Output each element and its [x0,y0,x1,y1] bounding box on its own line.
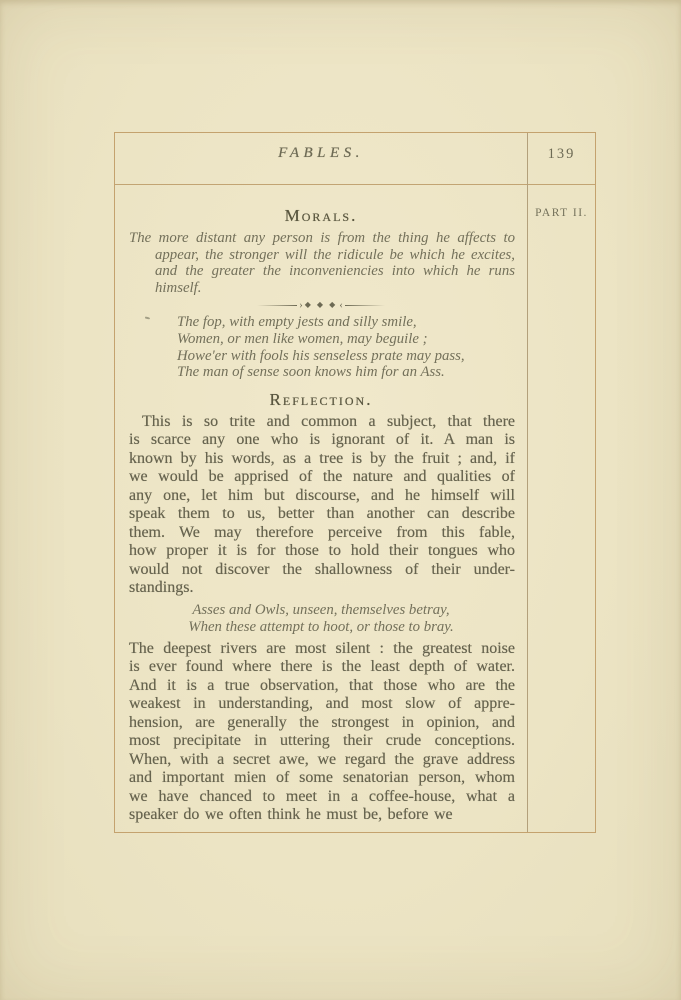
text-line: speak them to us, better than another ca… [129,505,515,524]
text-line: speaker do we often think he must be, be… [129,806,515,825]
text-line: would not discover the shallowness of th… [129,561,515,580]
page-content: Morals. The more distant any person is f… [115,184,527,825]
text-line: When these attempt to hoot, or those to … [115,619,527,637]
book-page-frame: FABLES. 139 PART II. Morals. The more di… [114,132,596,833]
text-line: most precipitate in uttering their crude… [129,732,515,751]
morals-heading: Morals. [115,206,527,226]
text-line: is scarce any one who is ignorant of it.… [129,431,515,450]
moral-couplet: Asses and Owls, unseen, themselves betra… [115,602,527,637]
ornament-diamonds-icon: ◆ ◆ ◆ [305,300,337,310]
text-line: The man of sense soon knows him for an A… [177,364,515,381]
text-line: standings. [129,579,515,598]
text-line: any one, let him but discourse, and he h… [129,487,515,506]
text-line: Howe'er with fools his senseless prate m… [177,348,515,365]
text-line: and important mien of some senatorian pe… [129,769,515,788]
ornament-arrow-right-icon: › [299,300,303,310]
ornament-arrow-left-icon: ‹ [339,300,343,310]
column-divider [527,133,528,832]
text-line: And it is a true observation, that those… [129,677,515,696]
text-line: we have chanced to meet in a coffee-hous… [129,788,515,807]
part-label: PART II. [527,207,596,219]
fable-verse: The fop, with empty jests and silly smil… [177,314,515,380]
text-line: himself. [129,280,515,297]
ornament-rule-left [257,305,297,306]
text-line: The deepest rivers are most silent : the… [129,640,515,659]
scanned-book-page: { "palette": { "paper": "#ece4c4", "ink"… [0,0,681,1000]
text-line: weakest in understanding, and most slow … [129,695,515,714]
text-line: Asses and Owls, unseen, themselves betra… [115,602,527,620]
text-line: hension, are generally the strongest in … [129,714,515,733]
text-line: appear, the stronger will the ridicule b… [129,247,515,264]
moral-paragraph: The more distant any person is from the … [115,230,527,296]
text-line: we would be apprised of the nature and q… [129,468,515,487]
ornament-rule-right [345,305,385,306]
page-number: 139 [527,146,596,163]
text-line: This is so trite and common a subject, t… [129,413,515,432]
text-line: Women, or men like women, may beguile ; [177,331,515,348]
reflection-paragraph-2: The deepest rivers are most silent : the… [115,640,527,825]
text-line: is ever found where there is the least d… [129,658,515,677]
text-line: known by his words, as a tree is by the … [129,450,515,469]
text-line: The more distant any person is from the … [129,230,515,247]
text-line: When, with a secret awe, we regard the g… [129,751,515,770]
text-line: The fop, with empty jests and silly smil… [177,314,515,331]
reflection-heading: Reflection. [115,389,527,410]
reflection-paragraph-1: This is so trite and common a subject, t… [115,413,527,598]
text-line: them. We may therefore perceive from thi… [129,524,515,543]
text-line: how proper it is for those to hold their… [129,542,515,561]
page-title: FABLES. [115,145,527,162]
section-divider-ornament: › ◆ ◆ ◆ ‹ [115,300,527,310]
text-line: and the greater the inconveniencies into… [129,263,515,280]
